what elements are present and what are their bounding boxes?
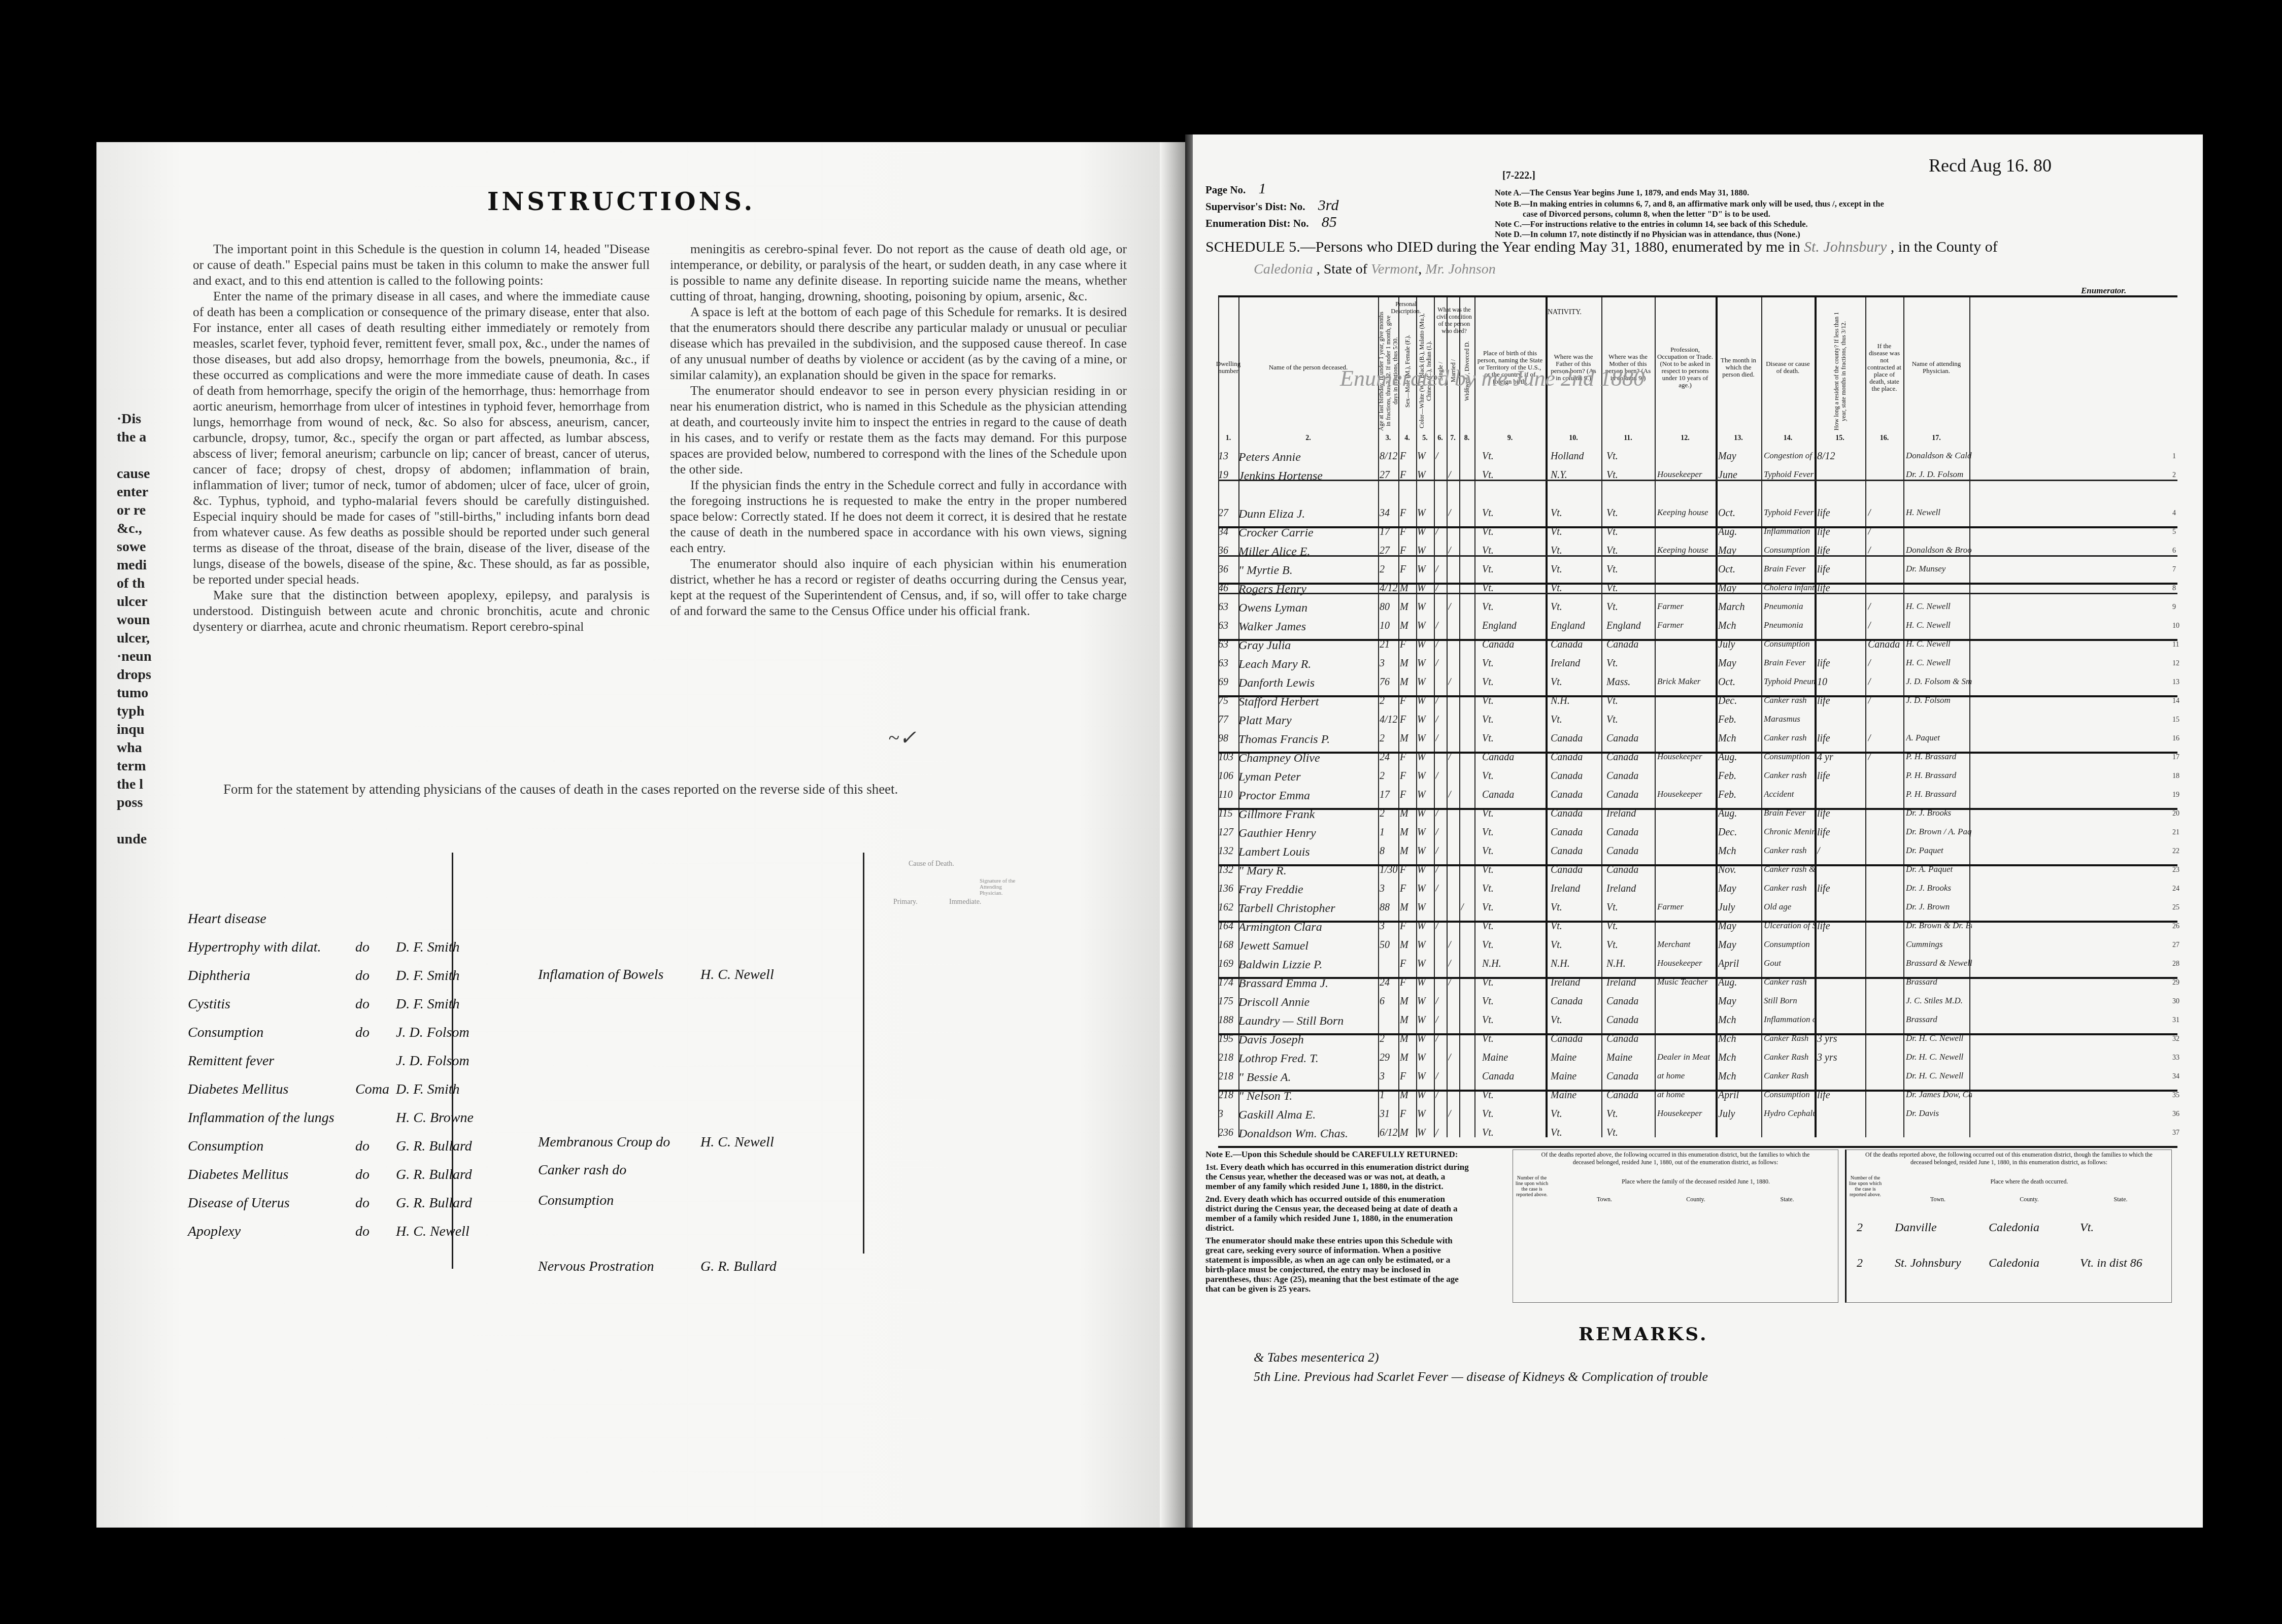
disease-entry: Consumption <box>538 1193 614 1209</box>
cell-dwelling-number: 3 <box>1218 1108 1238 1120</box>
cell-color: W <box>1417 564 1433 576</box>
physician-form-caption: Form for the statement by attending phys… <box>223 782 898 797</box>
cell-occupation: Farmer <box>1657 620 1716 630</box>
cell-birthplace: Vt. <box>1482 1014 1546 1026</box>
cell-color: W <box>1417 864 1433 876</box>
cell-cause-of-death: Pneumonia <box>1764 601 1815 612</box>
cell-age: 1 <box>1380 1090 1398 1101</box>
cell-cause-of-death: Chronic Meningitis / Consumption <box>1764 827 1815 837</box>
schedule-title: SCHEDULE 5.—Persons who DIED during the … <box>1205 239 1998 256</box>
remark-line: & Tabes mesenterica 2) <box>1254 1350 1379 1365</box>
cell-color: W <box>1417 639 1433 651</box>
cell-cause-of-death: Congestion of Lungs <box>1764 451 1815 461</box>
note-a: Note A.—The Census Year begins June 1, 1… <box>1495 188 1749 198</box>
cell-cause-of-death: Canker rash <box>1764 883 1815 893</box>
cell-single: / <box>1435 1014 1447 1026</box>
enumerator-label: Enumerator. <box>2081 286 2126 296</box>
margin-fragment-line: ·Dis <box>117 411 141 427</box>
census-row: 174Brassard Emma J.24FW/Vt.IrelandIrelan… <box>1218 976 2177 996</box>
cell-residence-duration: life <box>1817 1090 1865 1101</box>
physician-form-row: Membranous Croup doH. C. Newell <box>188 1134 1010 1159</box>
page-no-label: Page No. <box>1205 184 1246 196</box>
line-number: 10 <box>2172 622 2179 630</box>
census-row: 69Danforth Lewis76MW/Vt.Vt.Mass.Brick Ma… <box>1218 675 2177 696</box>
cell-name: Walker James <box>1238 620 1378 634</box>
margin-fragment-line: ulcer <box>117 594 148 610</box>
cell-physician: Dr. Brown / A. Paquet <box>1906 827 1972 837</box>
column-number: 7. <box>1447 434 1459 443</box>
cell-dwelling-number: 77 <box>1218 714 1238 726</box>
cell-birthplace: Vt. <box>1482 507 1546 519</box>
cell-mother-birthplace: Vt. <box>1606 658 1655 669</box>
cell-color: W <box>1417 845 1433 857</box>
cell-dwelling-number: 218 <box>1218 1052 1238 1064</box>
cell-physician: Dr. J. Brown <box>1906 902 1972 912</box>
enumeration-value: 85 <box>1322 214 1337 230</box>
cell-mother-birthplace: Canada <box>1606 752 1655 763</box>
cell-residence-duration: life <box>1817 507 1865 519</box>
cell-mother-birthplace: Canada <box>1606 1090 1655 1101</box>
cell-cause-of-death: Brain Fever <box>1764 808 1815 818</box>
cell-sex: M <box>1400 845 1416 857</box>
line-number: 6 <box>2172 547 2176 555</box>
cell-color: W <box>1417 1071 1433 1082</box>
town-header: Town. <box>1559 1196 1650 1203</box>
cell-age: 76 <box>1380 676 1398 688</box>
line-number: 21 <box>2172 829 2179 837</box>
census-row: 77Platt Mary4/12FW/Vt.Vt.Vt.Feb.Marasmus… <box>1218 713 2177 733</box>
line-number: 8 <box>2172 585 2176 593</box>
cell-dwelling-number: 236 <box>1218 1127 1238 1139</box>
cell-married: / <box>1448 507 1459 519</box>
instructions-paragraph: Make sure that the distinction between a… <box>193 587 650 634</box>
cell-occupation: Merchant <box>1657 939 1716 950</box>
cell-physician: Dr. Munsey <box>1906 564 1972 574</box>
cell-physician: Brassard <box>1906 977 1972 987</box>
disease-entry: Nervous Prostration <box>538 1259 654 1275</box>
note-e-item: 2nd. Every death which has occurred outs… <box>1205 1194 1469 1233</box>
cell-name: Crocker Carrie <box>1238 526 1378 540</box>
strikethrough-line <box>1218 593 2177 594</box>
cell-name: Davis Joseph <box>1238 1033 1378 1047</box>
cell-month-of-death: May <box>1718 658 1761 669</box>
cell-sex: F <box>1400 921 1416 932</box>
cell-name: Proctor Emma <box>1238 789 1378 803</box>
cell-sex: F <box>1400 752 1416 763</box>
note-e-item: 1st. Every death which has occurred in t… <box>1205 1162 1469 1191</box>
remarks-title: REMARKS. <box>1579 1324 1708 1345</box>
in-district-caption: Of the deaths reported above, the follow… <box>1533 1151 1818 1166</box>
cell-month-of-death: May <box>1718 996 1761 1007</box>
pencil-mark: ~✓ <box>888 726 916 750</box>
cell-single: / <box>1435 695 1447 707</box>
cell-birthplace: Canada <box>1482 639 1546 651</box>
cell-dwelling-number: 169 <box>1218 958 1238 970</box>
physician-signature: D. F. Smith <box>396 996 460 1012</box>
cell-father-birthplace: N.H. <box>1551 958 1601 970</box>
cell-name: Brassard Emma J. <box>1238 977 1378 991</box>
cell-sex: M <box>1400 1052 1416 1064</box>
supervisor-district-line: Supervisor's Dist: No. 3rd <box>1205 197 1338 214</box>
cell-name: Thomas Francis P. <box>1238 733 1378 747</box>
cell-sex: M <box>1400 902 1416 913</box>
cell-father-birthplace: Vt. <box>1551 601 1601 613</box>
line-number: 15 <box>2172 716 2179 724</box>
cell-contracted-place: / <box>1868 676 1903 688</box>
cell-name: Dunn Eliza J. <box>1238 507 1378 521</box>
cell-father-birthplace: Canada <box>1551 639 1601 651</box>
cell-married: / <box>1448 601 1459 613</box>
line-number: 1 <box>2172 453 2176 461</box>
cell-color: W <box>1417 752 1433 763</box>
cell-physician: Dr. Brown & Dr. Bullard <box>1906 921 1972 931</box>
cell-sex: F <box>1400 789 1416 801</box>
cell-married: / <box>1448 958 1459 970</box>
cell-occupation: Housekeeper <box>1657 1108 1716 1119</box>
margin-fragment-line: cause <box>117 466 150 482</box>
cell-age: 2 <box>1380 695 1398 707</box>
cell-sex: F <box>1400 507 1416 519</box>
cell-physician: Donaldson & Brooks <box>1906 545 1972 555</box>
cell-mother-birthplace: Vt. <box>1606 1108 1655 1120</box>
margin-fragment-line: the a <box>117 429 146 446</box>
census-row: 195Davis Joseph2MW/Vt.CanadaCanadaMchCan… <box>1218 1032 2177 1053</box>
margin-fragment-line: the l <box>117 776 143 793</box>
cell-cause-of-death: Canker Rash <box>1764 1052 1815 1062</box>
census-row: 63Leach Mary R.3MW/Vt.IrelandVt.MayBrain… <box>1218 657 2177 677</box>
cell-month-of-death: May <box>1718 883 1761 895</box>
cell-age: 2 <box>1380 1033 1398 1045</box>
cell-dwelling-number: 103 <box>1218 752 1238 763</box>
margin-fragment-line: unde <box>117 831 147 848</box>
column-header-15: How long a resident of the county? If le… <box>1815 308 1865 434</box>
cell-physician: Dr. James Dow, Cambridgeport Mass. <box>1906 1090 1972 1100</box>
margin-fragment-line: typh <box>117 703 144 720</box>
cell-cause-of-death: Canker rash <box>1764 845 1815 856</box>
line-number: 24 <box>2172 885 2179 893</box>
cell-cause-of-death: Consumption <box>1764 545 1815 555</box>
cell-sex: M <box>1400 939 1416 951</box>
cell-contracted-place: Canada <box>1868 639 1903 651</box>
column-number: 11. <box>1601 434 1655 443</box>
cell-physician: P. H. Brassard <box>1906 770 1972 781</box>
cell-married: / <box>1448 752 1459 763</box>
cell-month-of-death: Nov. <box>1718 864 1761 876</box>
cell-residence-duration: 10 <box>1817 676 1865 688</box>
cell-sex: M <box>1400 1127 1416 1139</box>
cell-married: / <box>1448 1052 1459 1064</box>
column-number: 6. <box>1434 434 1447 443</box>
line-number: 27 <box>2172 941 2179 950</box>
census-row: 132Lambert Louis8MW/Vt.CanadaCanadaMchCa… <box>1218 844 2177 865</box>
cell-age: 2 <box>1380 564 1398 576</box>
cell-sex: F <box>1400 1071 1416 1082</box>
instructions-column-1: The important point in this Schedule is … <box>193 241 650 634</box>
cell-sex: M <box>1400 996 1416 1007</box>
cell-birthplace: Canada <box>1482 789 1546 801</box>
cell-month-of-death: Mch <box>1718 733 1761 745</box>
line-number: 7 <box>2172 566 2176 574</box>
cell-sex: M <box>1400 601 1416 613</box>
physician-form-row: CystitisdoD. F. Smith <box>188 996 1010 1021</box>
cell-dwelling-number: 127 <box>1218 827 1238 838</box>
cell-physician: H. C. Newell <box>1906 601 1972 612</box>
cell-single: / <box>1435 639 1447 651</box>
cell-name: Danforth Lewis <box>1238 676 1378 690</box>
cell-father-birthplace: Vt. <box>1551 939 1601 951</box>
cell-occupation: Brick Maker <box>1657 676 1716 687</box>
cell-color: W <box>1417 507 1433 519</box>
supervisor-value: 3rd <box>1318 197 1339 214</box>
instructions-paragraph: A space is left at the bottom of each pa… <box>670 304 1127 383</box>
cell-father-birthplace: Canada <box>1551 808 1601 820</box>
ditto-mark: do <box>355 939 370 956</box>
cell-month-of-death: July <box>1718 1108 1761 1120</box>
cell-mother-birthplace: Canada <box>1606 1071 1655 1082</box>
cell-contracted-place: / <box>1868 733 1903 745</box>
note-b: Note B.—In making entries in columns 6, … <box>1495 199 1884 209</box>
cell-father-birthplace: Vt. <box>1551 1014 1601 1026</box>
cell-contracted-place: / <box>1868 507 1903 519</box>
physician-form-row: Hypertrophy with dilat.doD. F. Smith <box>188 939 1010 964</box>
page-fold-shadow <box>1160 142 1185 1528</box>
cell-dwelling-number: 195 <box>1218 1033 1238 1045</box>
cell-single: / <box>1435 714 1447 726</box>
cell-mother-birthplace: Canada <box>1606 864 1655 876</box>
line-number: 19 <box>2172 791 2179 799</box>
cell-physician: H. C. Newell <box>1906 658 1972 668</box>
cell-month-of-death: March <box>1718 601 1761 613</box>
note-e-item: The enumerator should make these entries… <box>1205 1236 1469 1294</box>
cell-single: / <box>1435 996 1447 1007</box>
physician-signature: H. C. Newell <box>396 1224 469 1240</box>
cell-month-of-death: Mch <box>1718 1052 1761 1064</box>
enumeration-label: Enumeration Dist: No. <box>1205 217 1309 229</box>
cell-color: W <box>1417 1127 1433 1139</box>
cell-age: 17 <box>1380 526 1398 538</box>
cell-occupation: Housekeeper <box>1657 469 1716 480</box>
column-number: 16. <box>1865 434 1903 443</box>
nativity-header: NATIVITY. <box>1474 297 1655 328</box>
cell-residence-duration: 3 yrs <box>1817 1052 1865 1064</box>
cell-birthplace: Vt. <box>1482 451 1546 462</box>
cell-dwelling-number: 132 <box>1218 845 1238 857</box>
cell-mother-birthplace: Vt. <box>1606 564 1655 576</box>
cell-birthplace: Vt. <box>1482 770 1546 782</box>
cell-color: W <box>1417 1108 1433 1120</box>
cell-single: / <box>1435 451 1447 462</box>
cell-mother-birthplace: Ireland <box>1606 808 1655 820</box>
page-no-value: 1 <box>1259 180 1266 197</box>
cell-age: 2 <box>1380 770 1398 782</box>
cell-father-birthplace: Canada <box>1551 827 1601 838</box>
cell-residence-duration: life <box>1817 695 1865 707</box>
cell-physician: Dr. H. C. Newell <box>1906 1052 1972 1062</box>
cell-color: W <box>1417 977 1433 989</box>
cell-physician: Dr. Paquet <box>1906 845 1972 856</box>
cell-age: 50 <box>1380 939 1398 951</box>
ditto-mark: Coma <box>355 1081 389 1098</box>
cell-color: W <box>1417 921 1433 932</box>
cell-occupation: Dealer in Meat <box>1657 1052 1716 1062</box>
column-number: 10. <box>1546 434 1601 443</box>
town-value: Danville <box>1895 1221 1937 1235</box>
cell-name: Gillmore Frank <box>1238 808 1378 822</box>
ditto-mark: do <box>355 996 370 1012</box>
line-number: 28 <box>2172 960 2179 968</box>
cell-cause-of-death: Consumption <box>1764 1090 1815 1100</box>
cell-mother-birthplace: Canada <box>1606 639 1655 651</box>
cell-father-birthplace: Vt. <box>1551 714 1601 726</box>
line-header: Number of the line upon which the case i… <box>1514 1175 1550 1198</box>
cell-color: W <box>1417 1052 1433 1064</box>
cell-name: " Myrtie B. <box>1238 564 1378 578</box>
column-number: 17. <box>1903 434 1969 443</box>
county-value: Caledonia <box>1989 1257 2039 1270</box>
cell-cause-of-death: Typhoid Fever <box>1764 507 1815 518</box>
cell-sex: F <box>1400 714 1416 726</box>
cell-father-birthplace: Vt. <box>1551 1127 1601 1139</box>
town-header: Town. <box>1892 1196 1984 1203</box>
note-d: Note D.—In column 17, note distinctly if… <box>1495 229 1800 240</box>
cell-age: 10 <box>1380 620 1398 632</box>
cell-birthplace: Vt. <box>1482 845 1546 857</box>
cell-birthplace: Vt. <box>1482 827 1546 838</box>
cell-married: / <box>1448 676 1459 688</box>
cell-cause-of-death: Canker rash & Dropsy <box>1764 864 1815 874</box>
cell-cause-of-death: Consumption <box>1764 752 1815 762</box>
cell-widowed: / <box>1461 902 1473 913</box>
cell-name: Owens Lyman <box>1238 601 1378 615</box>
cell-color: W <box>1417 676 1433 688</box>
physician-form-row: ApoplexydoH. C. Newell <box>188 1224 1010 1248</box>
cell-age: 17 <box>1380 789 1398 801</box>
disease-entry: Consumption <box>188 1025 263 1041</box>
cell-age: 1/30 <box>1380 864 1398 876</box>
cell-birthplace: Vt. <box>1482 921 1546 932</box>
state-value: Vermont <box>1371 261 1418 277</box>
cell-mother-birthplace: Vt. <box>1606 451 1655 462</box>
cell-birthplace: Canada <box>1482 1071 1546 1082</box>
cell-birthplace: England <box>1482 620 1546 632</box>
cell-month-of-death: Aug. <box>1718 526 1761 538</box>
line-number: 36 <box>2172 1110 2179 1119</box>
cell-father-birthplace: Ireland <box>1551 977 1601 989</box>
instructions-title: INSTRUCTIONS. <box>487 188 755 216</box>
out-district-caption: Of the deaths reported above, the follow… <box>1862 1151 2156 1166</box>
cell-age: 34 <box>1380 507 1398 519</box>
cell-name: Donaldson Wm. Chas. <box>1238 1127 1378 1141</box>
cell-father-birthplace: Vt. <box>1551 564 1601 576</box>
cell-father-birthplace: Maine <box>1551 1071 1601 1082</box>
column-header-12: Profession, Occupation or Trade. (Not to… <box>1655 297 1716 437</box>
cell-cause-of-death: Hydro Cephalus <box>1764 1108 1815 1119</box>
cell-father-birthplace: Canada <box>1551 864 1601 876</box>
cell-mother-birthplace: Vt. <box>1606 507 1655 519</box>
cell-occupation: Keeping house <box>1657 545 1716 555</box>
cell-father-birthplace: Holland <box>1551 451 1601 462</box>
cell-age: 3 <box>1380 1071 1398 1082</box>
cell-cause-of-death: Typhoid Pneumonia <box>1764 676 1815 687</box>
cell-mother-birthplace: Vt. <box>1606 526 1655 538</box>
disease-entry: Inflammation of the lungs <box>188 1110 334 1126</box>
physician-statement-form: Cause of Death. Primary. Immediate. Sign… <box>188 812 1010 1269</box>
cell-cause-of-death: Still Born <box>1764 996 1815 1006</box>
census-row: 36Miller Alice E.27FW/Vt.Vt.Vt.Keeping h… <box>1218 544 2177 564</box>
cell-single: / <box>1435 883 1447 895</box>
cell-sex: F <box>1400 526 1416 538</box>
cell-sex: F <box>1400 977 1416 989</box>
disease-entry: Cystitis <box>188 996 230 1012</box>
line-number: 17 <box>2172 754 2179 762</box>
physician-form-row: Heart disease <box>188 911 1010 935</box>
cell-color: W <box>1417 883 1433 895</box>
cell-birthplace: Vt. <box>1482 526 1546 538</box>
cell-age: 8 <box>1380 845 1398 857</box>
cell-cause-of-death: Accident <box>1764 789 1815 799</box>
margin-fragment-line: drops <box>117 667 151 683</box>
immediate-header: Immediate. <box>949 898 981 906</box>
cell-father-birthplace: Canada <box>1551 789 1601 801</box>
cell-sex: F <box>1400 639 1416 651</box>
line-number: 18 <box>2172 772 2179 781</box>
state-label: , State of <box>1317 261 1367 277</box>
cell-dwelling-number: 63 <box>1218 601 1238 613</box>
cell-cause-of-death: Gout <box>1764 958 1815 968</box>
cell-month-of-death: April <box>1718 958 1761 970</box>
cell-cause-of-death: Canker rash <box>1764 770 1815 781</box>
cell-age: 1 <box>1380 827 1398 838</box>
cell-month-of-death: April <box>1718 1090 1761 1101</box>
cell-physician: P. H. Brassard <box>1906 789 1972 799</box>
cell-residence-duration: life <box>1817 770 1865 782</box>
instructions-paragraph: Enter the name of the primary disease in… <box>193 288 650 587</box>
cell-name: Driscoll Annie <box>1238 996 1378 1009</box>
cell-month-of-death: July <box>1718 639 1761 651</box>
cell-mother-birthplace: Maine <box>1606 1052 1655 1064</box>
cell-cause-of-death: Marasmus <box>1764 714 1815 724</box>
cell-age: 88 <box>1380 902 1398 913</box>
cell-married: / <box>1448 977 1459 989</box>
cell-contracted-place: / <box>1868 526 1903 538</box>
census-row: 164Armington Clara3FW/Vt.Vt.Vt.MayUlcera… <box>1218 920 2177 940</box>
cell-physician: Dr. A. Paquet <box>1906 864 1972 874</box>
cell-birthplace: Vt. <box>1482 714 1546 726</box>
cause-of-death-header: Cause of Death. <box>909 860 954 868</box>
cell-name: Laundry — Still Born <box>1238 1014 1378 1028</box>
row-group-separator <box>1218 1146 2177 1148</box>
cell-month-of-death: Oct. <box>1718 676 1761 688</box>
enumerated-note: Enumerated by me June 2nd 1880 <box>1340 365 1645 391</box>
cell-occupation: Keeping house <box>1657 507 1716 518</box>
cell-color: W <box>1417 939 1433 951</box>
cell-father-birthplace: Maine <box>1551 1090 1601 1101</box>
cell-physician: Donaldson & Calderwood <box>1906 451 1972 461</box>
margin-fragment-line: or re <box>117 502 146 519</box>
physician-signature: J. D. Folsom <box>396 1053 469 1069</box>
census-row: 46Rogers Henry4/12MW/Vt.Vt.Vt.MayCholera… <box>1218 582 2177 602</box>
form-number: [7-222.] <box>1502 170 1535 182</box>
margin-fragment-line: sowe <box>117 539 146 555</box>
cell-cause-of-death: Brain Fever <box>1764 658 1815 668</box>
cell-mother-birthplace: Canada <box>1606 1014 1655 1026</box>
cell-birthplace: Vt. <box>1482 695 1546 707</box>
cell-age: 6 <box>1380 996 1398 1007</box>
enumeration-district-line: Enumeration Dist: No. 85 <box>1205 214 1337 231</box>
census-row: 169Baldwin Lizzie P.FW/N.H.N.H.N.H.House… <box>1218 957 2177 977</box>
line-number: 20 <box>2172 810 2179 818</box>
cell-father-birthplace: Canada <box>1551 845 1601 857</box>
